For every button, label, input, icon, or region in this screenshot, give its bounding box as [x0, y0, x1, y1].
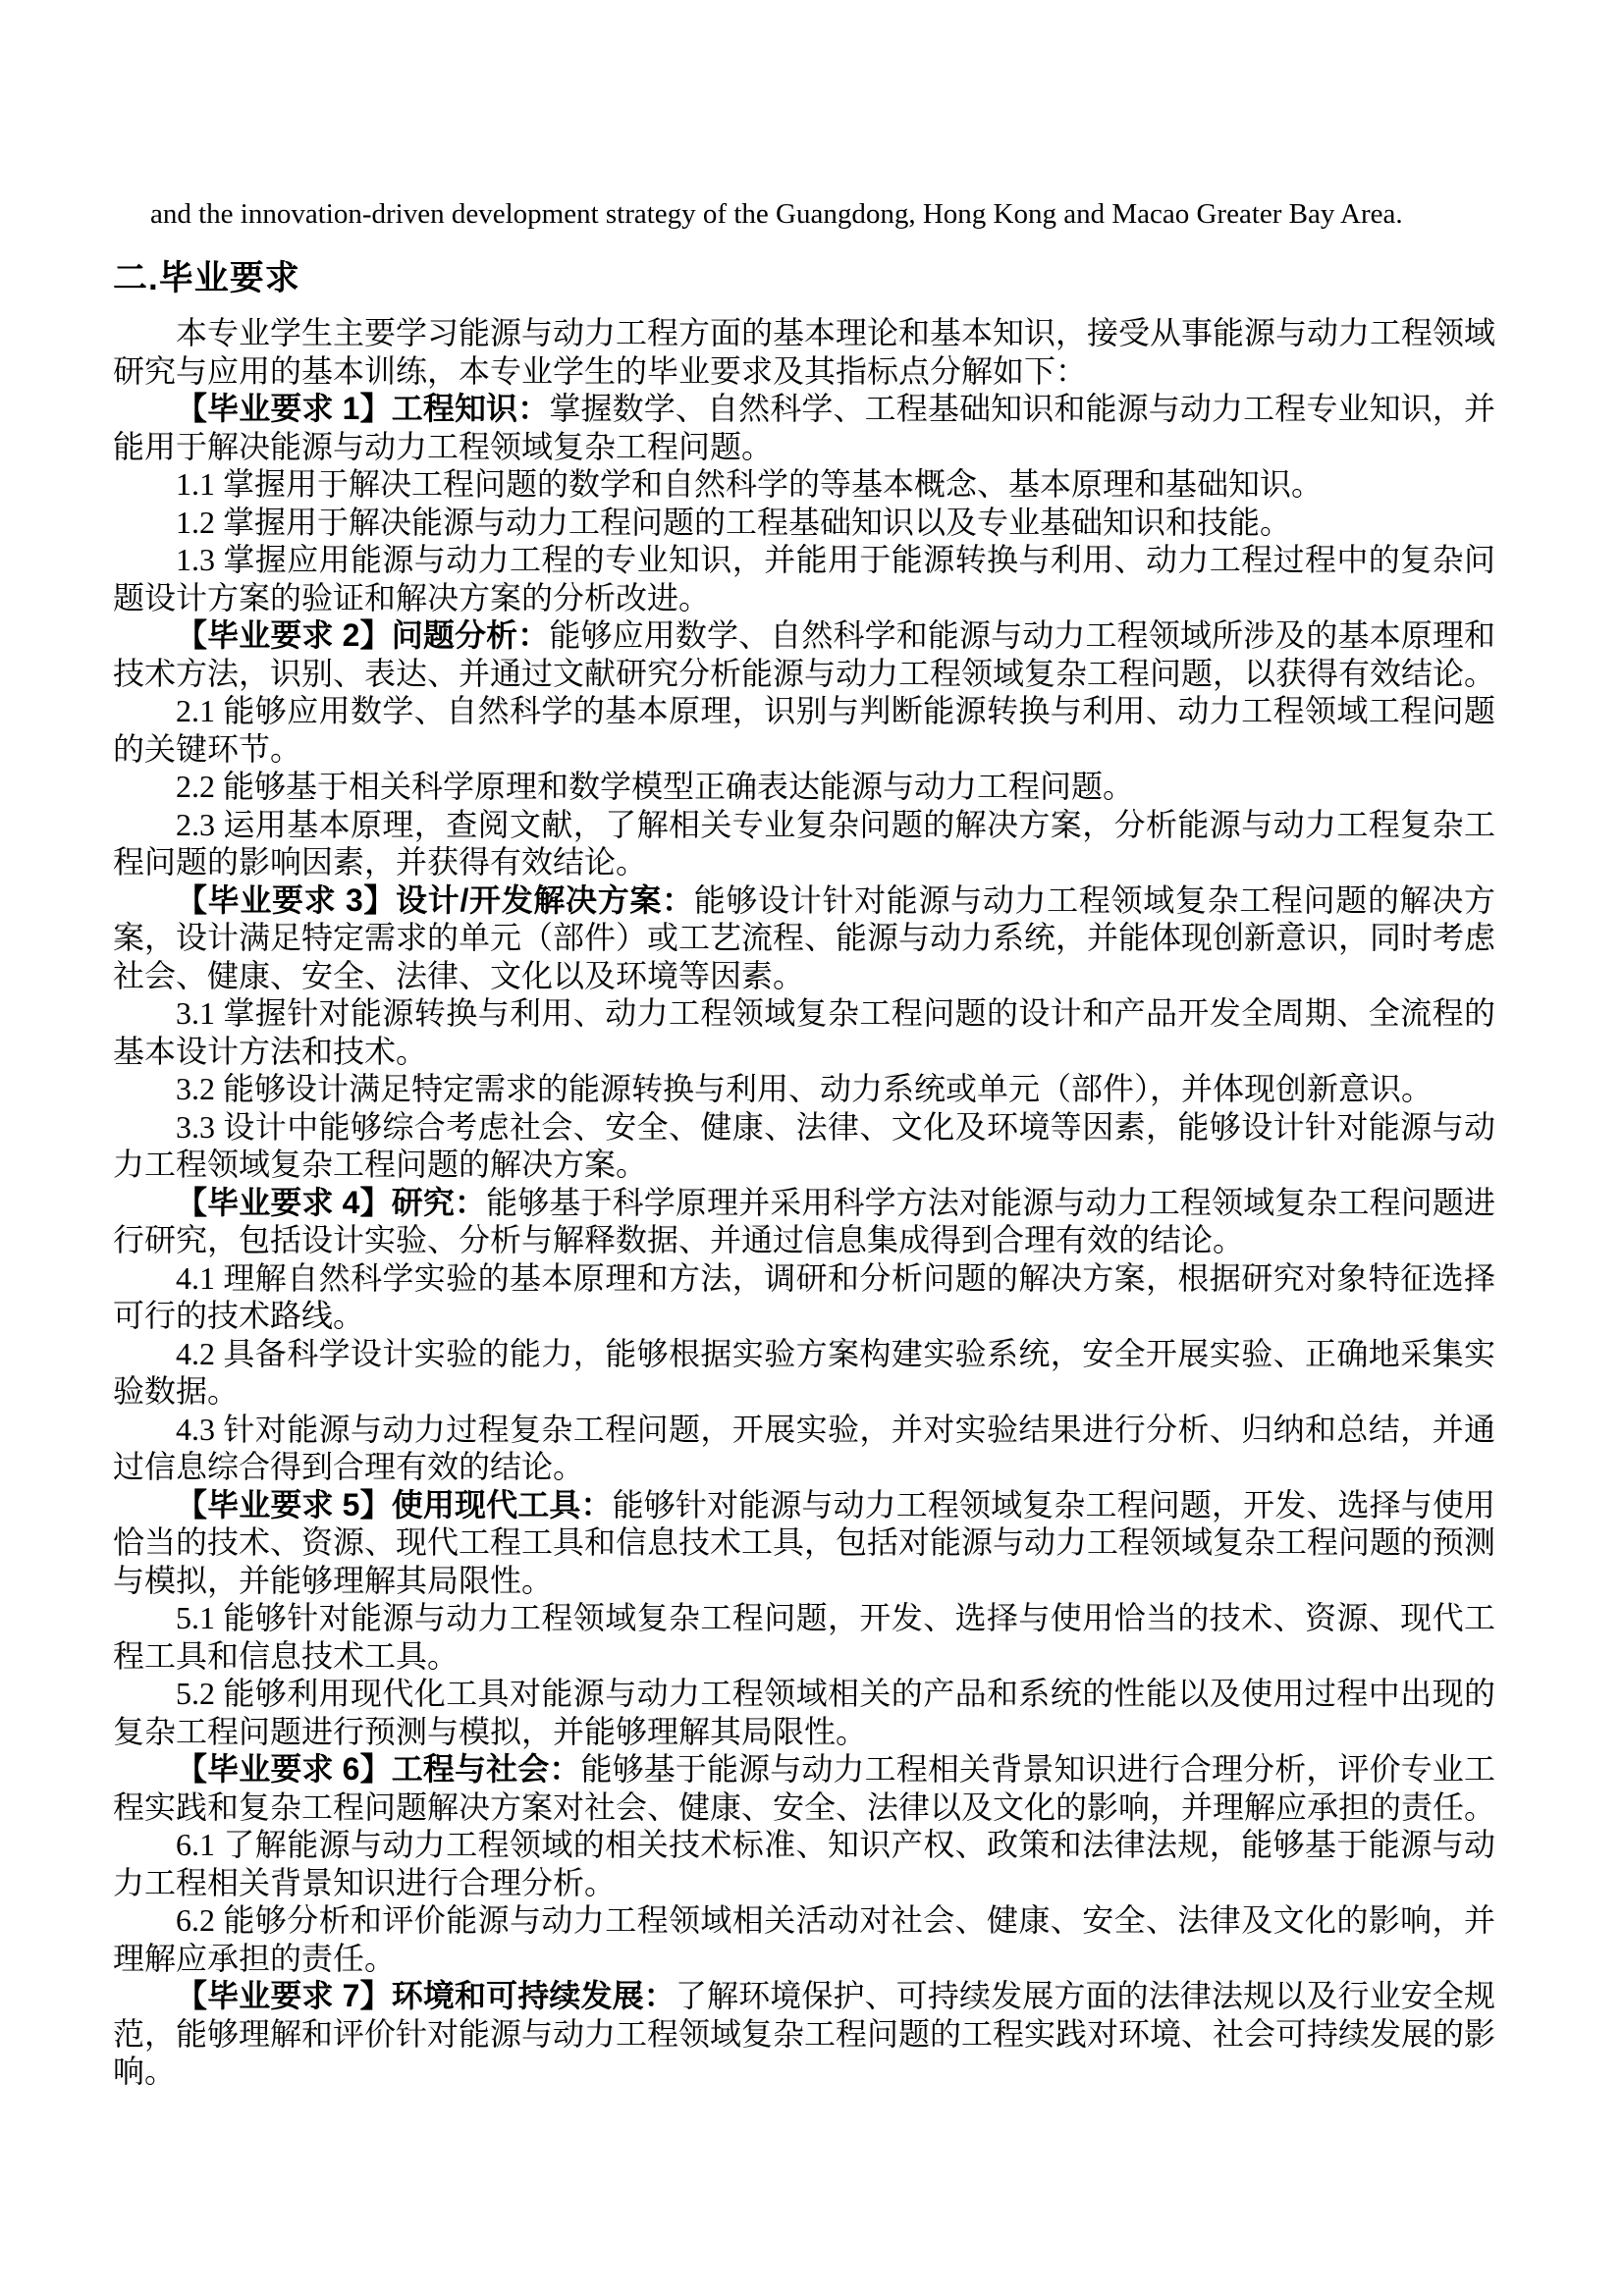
indicator-paragraph: 4.1 理解自然科学实验的基本原理和方法，调研和分析问题的解决方案，根据研究对象…	[113, 1259, 1495, 1335]
indicator-paragraph: 1.1 掌握用于解决工程问题的数学和自然科学的等基本概念、基本原理和基础知识。	[113, 465, 1495, 504]
requirement-block: 【毕业要求 2】问题分析：能够应用数学、自然科学和能源与动力工程领域所涉及的基本…	[113, 616, 1495, 881]
requirement-paragraph: 【毕业要求 6】工程与社会：能够基于能源与动力工程相关背景知识进行合理分析，评价…	[113, 1750, 1495, 1826]
indicator-paragraph: 1.3 掌握应用能源与动力工程的专业知识，并能用于能源转换与利用、动力工程过程中…	[113, 541, 1495, 616]
indicator-paragraph: 6.1 了解能源与动力工程领域的相关技术标准、知识产权、政策和法律法规，能够基于…	[113, 1826, 1495, 1901]
indicator-paragraph: 3.3 设计中能够综合考虑社会、安全、健康、法律、文化及环境等因素，能够设计针对…	[113, 1108, 1495, 1184]
requirement-block: 【毕业要求 5】使用现代工具：能够针对能源与动力工程领域复杂工程问题，开发、选择…	[113, 1486, 1495, 1751]
indicator-paragraph: 4.2 具备科学设计实验的能力，能够根据实验方案构建实验系统，安全开展实验、正确…	[113, 1335, 1495, 1411]
requirement-paragraph: 【毕业要求 4】研究：能够基于科学原理并采用科学方法对能源与动力工程领域复杂工程…	[113, 1184, 1495, 1259]
indicator-paragraph: 3.2 能够设计满足特定需求的能源转换与利用、动力系统或单元（部件），并体现创新…	[113, 1070, 1495, 1108]
requirement-label: 【毕业要求 7】环境和可持续发展：	[176, 1978, 676, 2013]
indicator-paragraph: 5.1 能够针对能源与动力工程领域复杂工程问题，开发、选择与使用恰当的技术、资源…	[113, 1599, 1495, 1675]
requirement-label: 【毕业要求 2】问题分析：	[176, 617, 549, 653]
requirement-label: 【毕业要求 5】使用现代工具：	[176, 1487, 613, 1522]
indicator-paragraph: 5.2 能够利用现代化工具对能源与动力工程领域相关的产品和系统的性能以及使用过程…	[113, 1675, 1495, 1750]
indicator-paragraph: 4.3 针对能源与动力过程复杂工程问题，开展实验，并对实验结果进行分析、归纳和总…	[113, 1411, 1495, 1486]
indicator-paragraph: 3.1 掌握针对能源转换与利用、动力工程领域复杂工程问题的设计和产品开发全周期、…	[113, 994, 1495, 1070]
indicator-paragraph: 2.3 运用基本原理，查阅文献，了解相关专业复杂问题的解决方案，分析能源与动力工…	[113, 806, 1495, 881]
requirements-list: 【毕业要求 1】工程知识：掌握数学、自然科学、工程基础知识和能源与动力工程专业知…	[113, 390, 1495, 2091]
requirement-block: 【毕业要求 7】环境和可持续发展：了解环境保护、可持续发展方面的法律法规以及行业…	[113, 1977, 1495, 2091]
requirement-paragraph: 【毕业要求 5】使用现代工具：能够针对能源与动力工程领域复杂工程问题，开发、选择…	[113, 1486, 1495, 1600]
requirement-paragraph: 【毕业要求 2】问题分析：能够应用数学、自然科学和能源与动力工程领域所涉及的基本…	[113, 616, 1495, 692]
document-page: and the innovation-driven development st…	[0, 0, 1623, 2296]
english-paragraph: and the innovation-driven development st…	[113, 196, 1495, 232]
requirement-block: 【毕业要求 6】工程与社会：能够基于能源与动力工程相关背景知识进行合理分析，评价…	[113, 1750, 1495, 1977]
requirement-block: 【毕业要求 4】研究：能够基于科学原理并采用科学方法对能源与动力工程领域复杂工程…	[113, 1184, 1495, 1486]
intro-paragraph: 本专业学生主要学习能源与动力工程方面的基本理论和基本知识，接受从事能源与动力工程…	[113, 314, 1495, 390]
requirement-paragraph: 【毕业要求 7】环境和可持续发展：了解环境保护、可持续发展方面的法律法规以及行业…	[113, 1977, 1495, 2091]
requirement-label: 【毕业要求 6】工程与社会：	[176, 1751, 580, 1787]
requirement-label: 【毕业要求 4】研究：	[176, 1185, 486, 1220]
indicator-paragraph: 1.2 掌握用于解决能源与动力工程问题的工程基础知识以及专业基础知识和技能。	[113, 504, 1495, 542]
requirement-label: 【毕业要求 3】设计/开发解决方案：	[176, 882, 694, 918]
section-heading: 二.毕业要求	[113, 257, 1495, 300]
requirement-paragraph: 【毕业要求 3】设计/开发解决方案：能够设计针对能源与动力工程领域复杂工程问题的…	[113, 881, 1495, 995]
requirement-block: 【毕业要求 1】工程知识：掌握数学、自然科学、工程基础知识和能源与动力工程专业知…	[113, 390, 1495, 616]
indicator-paragraph: 2.2 能够基于相关科学原理和数学模型正确表达能源与动力工程问题。	[113, 768, 1495, 806]
indicator-paragraph: 2.1 能够应用数学、自然科学的基本原理，识别与判断能源转换与利用、动力工程领域…	[113, 692, 1495, 768]
requirement-label: 【毕业要求 1】工程知识：	[176, 391, 549, 426]
indicator-paragraph: 6.2 能够分析和评价能源与动力工程领域相关活动对社会、健康、安全、法律及文化的…	[113, 1901, 1495, 1977]
requirement-paragraph: 【毕业要求 1】工程知识：掌握数学、自然科学、工程基础知识和能源与动力工程专业知…	[113, 390, 1495, 465]
requirement-block: 【毕业要求 3】设计/开发解决方案：能够设计针对能源与动力工程领域复杂工程问题的…	[113, 881, 1495, 1184]
